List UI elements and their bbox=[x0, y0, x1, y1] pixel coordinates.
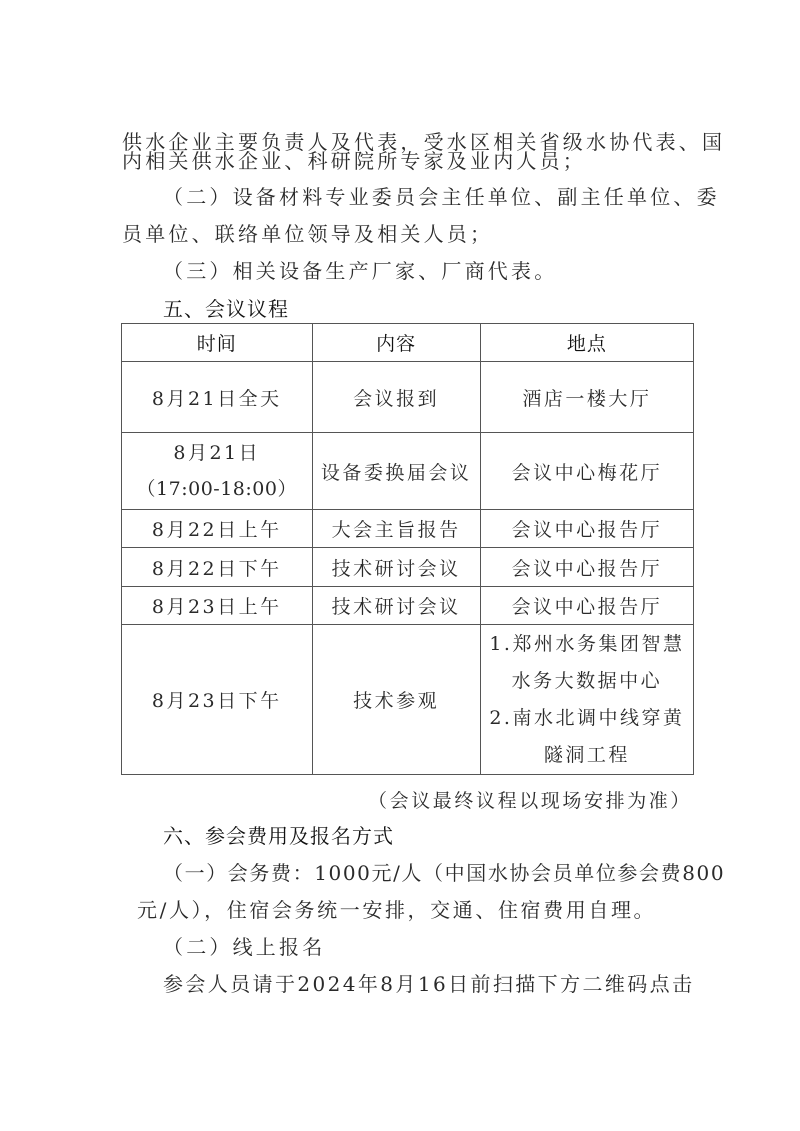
text-line: （二）设备材料专业委员会主任单位、副主任单位、委 bbox=[163, 185, 720, 209]
location-line: 1.郑州水务集团智慧 bbox=[481, 626, 693, 663]
cell-location: 会议中心梅花厅 bbox=[480, 433, 693, 510]
cell-location: 会议中心报告厅 bbox=[480, 548, 693, 587]
table-row: 8月21日全天 会议报到 酒店一楼大厅 bbox=[122, 362, 694, 433]
section-heading-fees: 六、参会费用及报名方式 bbox=[163, 824, 394, 848]
cell-content: 设备委换届会议 bbox=[312, 433, 480, 510]
paragraph-attendees-3: （三）相关设备生产厂家、厂商代表。 bbox=[163, 259, 557, 283]
cell-time: 8月21日 （17:00-18:00） bbox=[122, 433, 313, 510]
table-row: 8月23日下午 技术参观 1.郑州水务集团智慧 水务大数据中心 2.南水北调中线… bbox=[122, 625, 694, 775]
header-content: 内容 bbox=[312, 324, 480, 362]
cell-time: 8月22日上午 bbox=[122, 510, 313, 548]
cell-location: 会议中心报告厅 bbox=[480, 587, 693, 625]
cell-content: 技术研讨会议 bbox=[312, 587, 480, 625]
online-registration-text: 参会人员请于2024年8月16日前扫描下方二维码点击 bbox=[163, 972, 694, 996]
header-time: 时间 bbox=[122, 324, 313, 362]
cell-time: 8月23日上午 bbox=[122, 587, 313, 625]
text-line: 内相关供水企业、科研院所专家及业内人员； bbox=[122, 149, 586, 173]
agenda-note: （会议最终议程以现场安排为准） bbox=[368, 786, 692, 813]
cell-content: 技术参观 bbox=[312, 625, 480, 775]
online-registration-title: （二）线上报名 bbox=[163, 935, 325, 959]
cell-time-range: （17:00-18:00） bbox=[122, 471, 312, 507]
cell-time-date: 8月21日 bbox=[122, 435, 312, 471]
table-row: 8月22日上午 大会主旨报告 会议中心报告厅 bbox=[122, 510, 694, 548]
fee-line-1: （一）会务费：1000元/人（中国水协会员单位参会费800 bbox=[163, 861, 725, 885]
cell-content: 会议报到 bbox=[312, 362, 480, 433]
cell-location: 会议中心报告厅 bbox=[480, 510, 693, 548]
fee-line-2: 元/人），住宿会务统一安排，交通、住宿费用自理。 bbox=[137, 898, 656, 922]
location-line: 隧洞工程 bbox=[481, 737, 693, 774]
cell-time: 8月22日下午 bbox=[122, 548, 313, 587]
text-line: 员单位、联络单位领导及相关人员； bbox=[122, 222, 493, 246]
section-heading-agenda: 五、会议议程 bbox=[163, 297, 289, 321]
location-line: 2.南水北调中线穿黄 bbox=[481, 700, 693, 737]
table-row: 8月23日上午 技术研讨会议 会议中心报告厅 bbox=[122, 587, 694, 625]
table-row: 8月22日下午 技术研讨会议 会议中心报告厅 bbox=[122, 548, 694, 587]
cell-location: 酒店一楼大厅 bbox=[480, 362, 693, 433]
cell-time: 8月23日下午 bbox=[122, 625, 313, 775]
cell-time: 8月21日全天 bbox=[122, 362, 313, 433]
cell-content: 技术研讨会议 bbox=[312, 548, 480, 587]
header-location: 地点 bbox=[480, 324, 693, 362]
cell-location: 1.郑州水务集团智慧 水务大数据中心 2.南水北调中线穿黄 隧洞工程 bbox=[480, 625, 693, 775]
cell-content: 大会主旨报告 bbox=[312, 510, 480, 548]
table-header-row: 时间 内容 地点 bbox=[122, 324, 694, 362]
table-row: 8月21日 （17:00-18:00） 设备委换届会议 会议中心梅花厅 bbox=[122, 433, 694, 510]
agenda-table: 时间 内容 地点 8月21日全天 会议报到 酒店一楼大厅 8月21日 （17:0… bbox=[121, 323, 694, 775]
location-line: 水务大数据中心 bbox=[481, 663, 693, 700]
